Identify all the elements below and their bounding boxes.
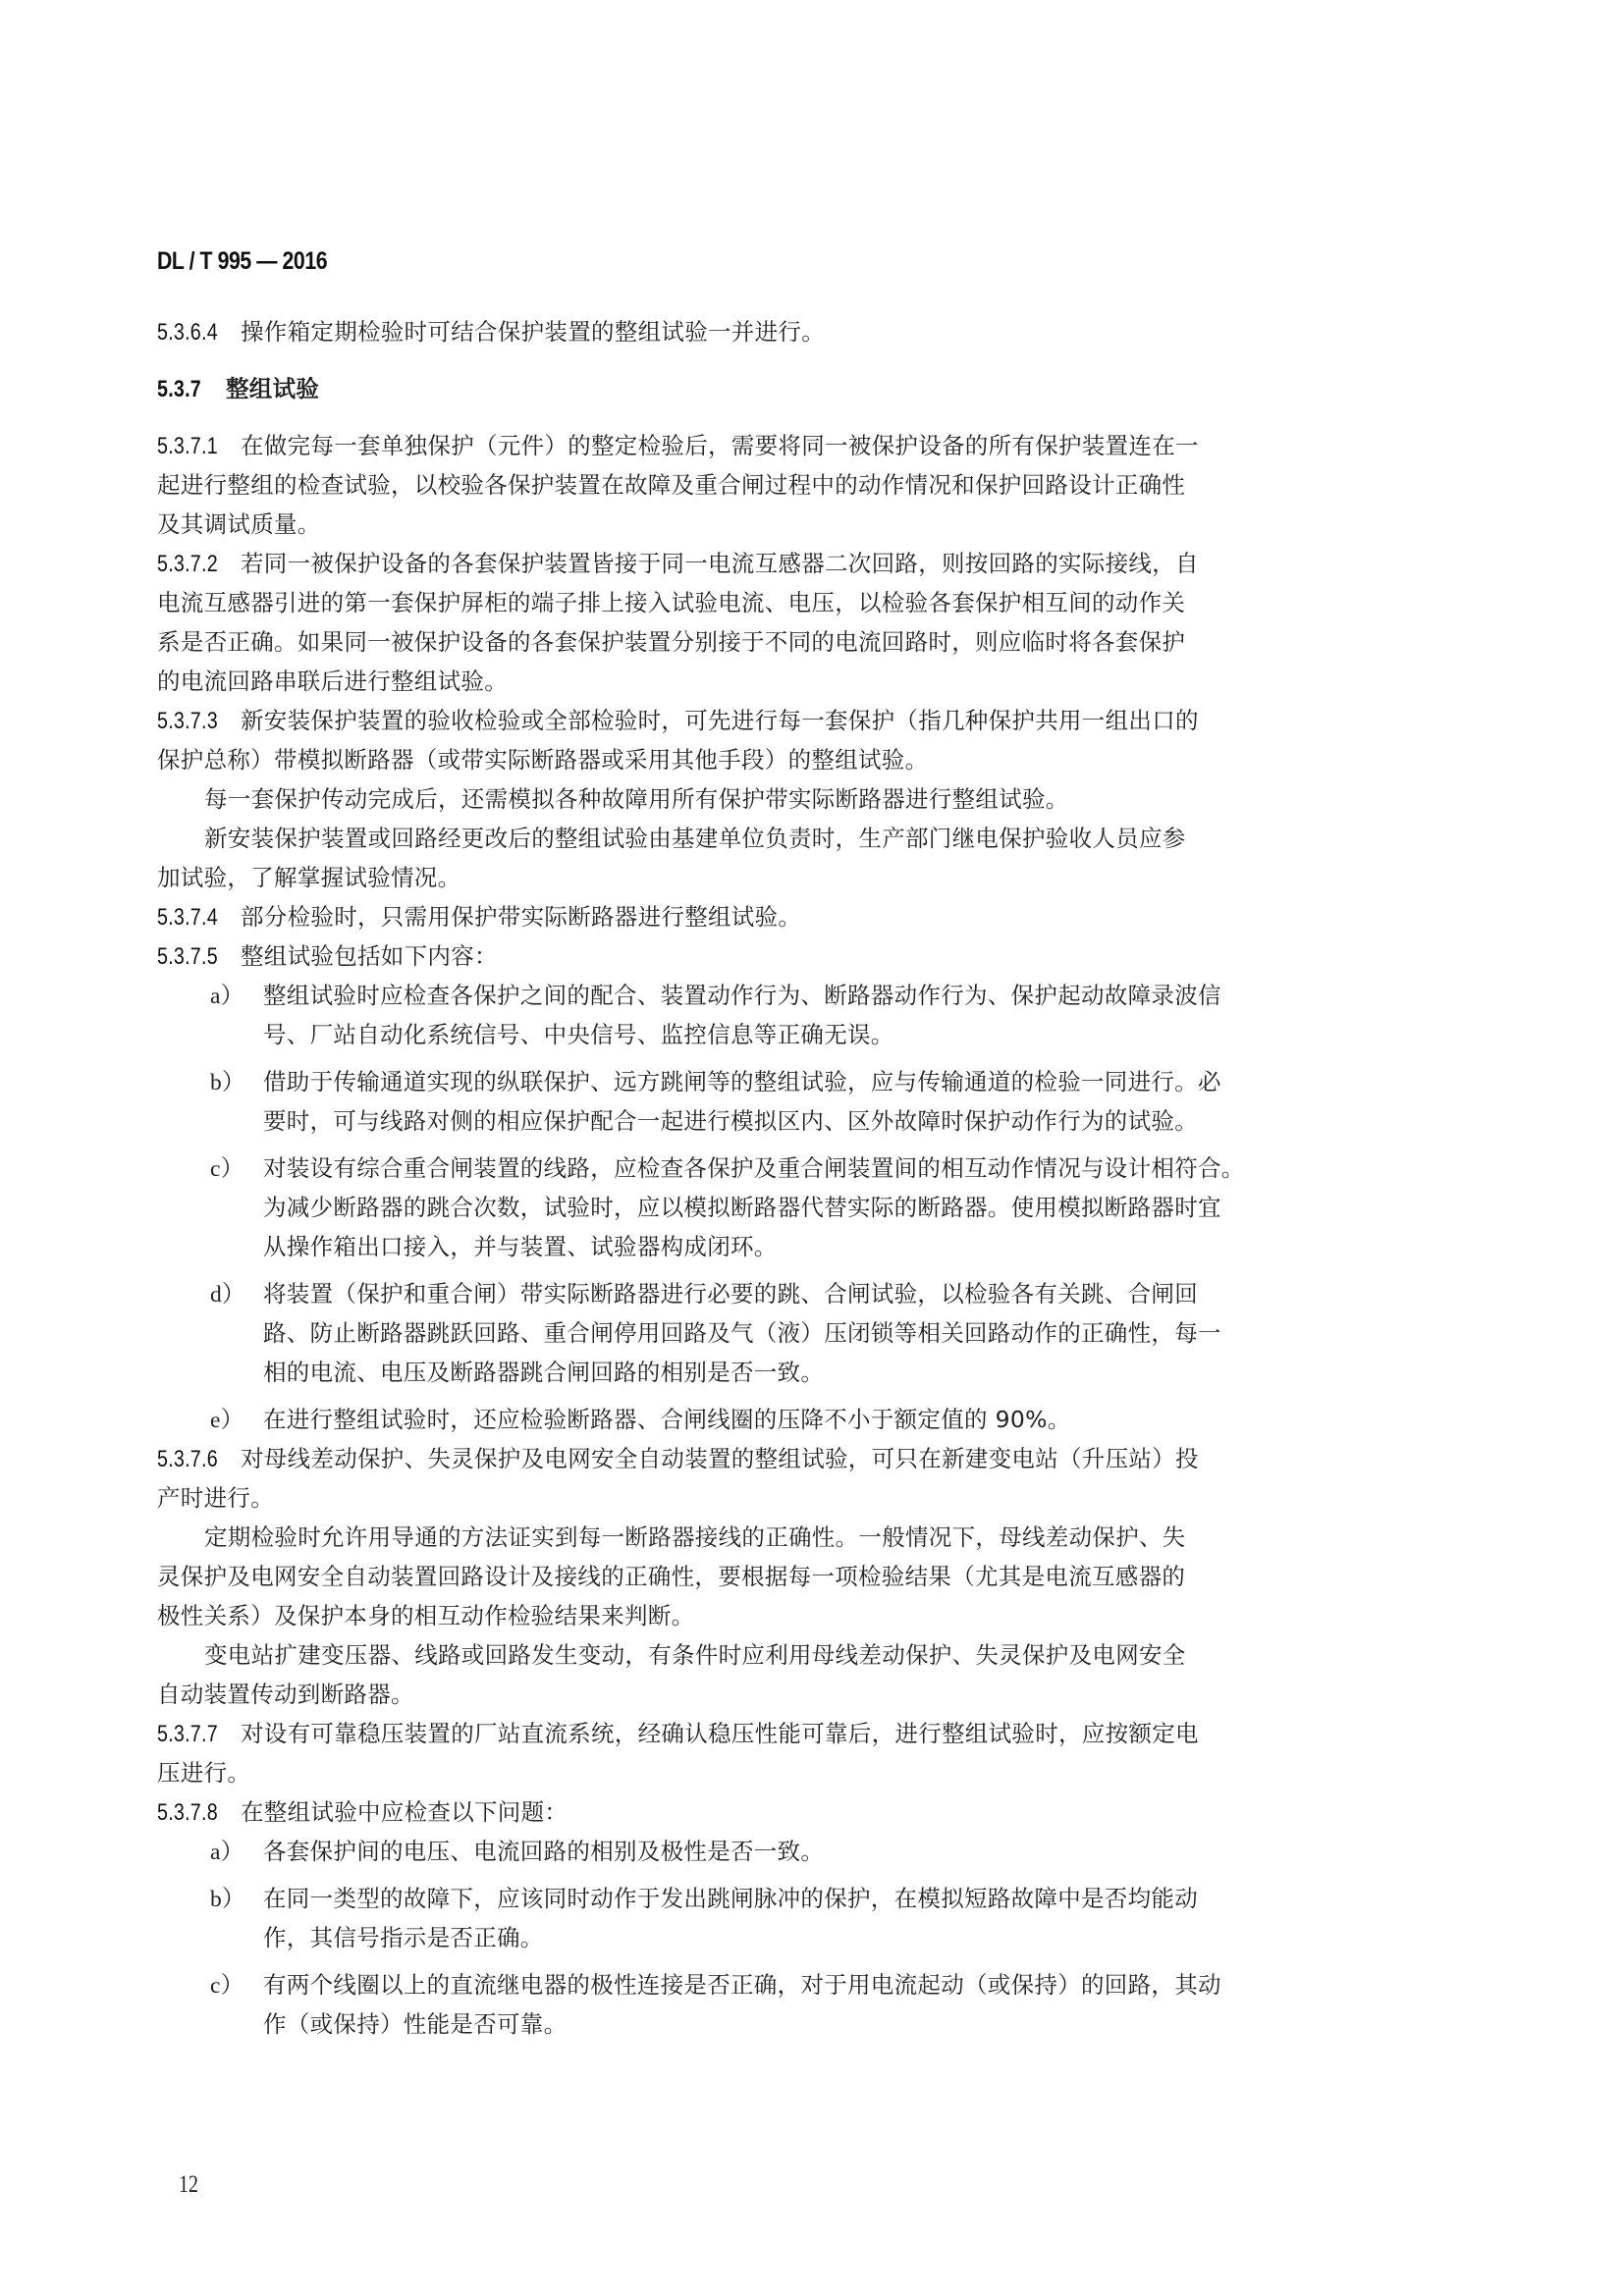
clause-5-3-7-7: 5.3.7.7对设有可靠稳压装置的厂站直流系统，经确认稳压性能可靠后，进行整组试… — [157, 1714, 1443, 1792]
item-line: 对装设有综合重合闸装置的线路，应检查各保护及重合闸装置间的相互动作情况与设计相符… — [263, 1154, 1245, 1182]
section-number: 5.3.7 — [157, 370, 213, 409]
item-line: 作，其信号指示是否正确。 — [157, 1918, 1443, 1957]
clause-line: 及其调试质量。 — [157, 505, 1443, 544]
clause-line: 若同一被保护设备的各套保护装置皆接于同一电流互感器二次回路，则按回路的实际接线，… — [241, 550, 1199, 577]
clause-5-3-7-2: 5.3.7.2若同一被保护设备的各套保护装置皆接于同一电流互感器二次回路，则按回… — [157, 544, 1443, 701]
item-line: 有两个线圈以上的直流继电器的极性连接是否正确，对于用电流起动（或保持）的回路，其… — [263, 1971, 1221, 1999]
clause-number: 5.3.7.5 — [157, 937, 226, 977]
clause-5-3-7-5: 5.3.7.5整组试验包括如下内容： a）整组试验时应检查各保护之间的配合、装置… — [157, 936, 1443, 1439]
standard-code-header: DL / T 995 — 2016 — [157, 247, 327, 276]
clause-line: 产时进行。 — [157, 1478, 1443, 1518]
item-label: d） — [210, 1275, 263, 1314]
document-body: 5.3.6.4操作箱定期检验时可结合保护装置的整组试验一并进行。 5.3.7整组… — [157, 312, 1443, 2044]
item-label: b） — [210, 1880, 263, 1919]
clause-number: 5.3.7.1 — [157, 427, 226, 466]
clause-number: 5.3.7.2 — [157, 545, 226, 584]
clause-number: 5.3.7.3 — [157, 702, 226, 741]
list-item-b: b）在同一类型的故障下，应该同时动作于发出跳闸脉冲的保护，在模拟短路故障中是否均… — [157, 1879, 1443, 1957]
item-line: 在进行整组试验时，还应检验断路器、合闸线圈的压降不小于额定值的 90%。 — [263, 1406, 1071, 1433]
clause-number: 5.3.7.4 — [157, 898, 226, 937]
clause-5-3-6-4: 5.3.6.4操作箱定期检验时可结合保护装置的整组试验一并进行。 — [157, 312, 1443, 351]
item-line: 要时，可与线路对侧的相应保护配合一起进行模拟区内、区外故障时保护动作行为的试验。 — [157, 1101, 1443, 1141]
clause-line: 在做完每一套单独保护（元件）的整定检验后，需要将同一被保护设备的所有保护装置连在… — [241, 432, 1199, 459]
clause-line: 压进行。 — [157, 1753, 1443, 1792]
list-item-b: b）借助于传输通道实现的纵联保护、远方跳闸等的整组试验，应与传输通道的检验一同进… — [157, 1062, 1443, 1141]
clause-5-3-7-3: 5.3.7.3新安装保护装置的验收检验或全部检验时，可先进行每一套保护（指几种保… — [157, 701, 1443, 897]
clause-line: 保护总称）带模拟断路器（或带实际断路器或采用其他手段）的整组试验。 — [157, 740, 1443, 779]
paragraph-line: 灵保护及电网安全自动装置回路设计及接线的正确性，要根据每一项检验结果（尤其是电流… — [157, 1557, 1443, 1596]
item-line: 相的电流、电压及断路器跳合闸回路的相别是否一致。 — [157, 1353, 1443, 1392]
section-title: 整组试验 — [226, 375, 319, 402]
item-label: b） — [210, 1063, 263, 1102]
clause-line: 系是否正确。如果同一被保护设备的各套保护装置分别接于不同的电流回路时，则应临时将… — [157, 622, 1443, 662]
paragraph-line: 新安装保护装置或回路经更改后的整组试验由基建单位负责时，生产部门继电保护验收人员… — [157, 819, 1443, 858]
item-label: c） — [210, 1149, 263, 1189]
clause-5-3-7-4: 5.3.7.4部分检验时，只需用保护带实际断路器进行整组试验。 — [157, 897, 1443, 936]
clause-line: 对设有可靠稳压装置的厂站直流系统，经确认稳压性能可靠后，进行整组试验时，应按额定… — [241, 1720, 1199, 1747]
item-label: a） — [210, 977, 263, 1016]
clause-5-3-7-1: 5.3.7.1在做完每一套单独保护（元件）的整定检验后，需要将同一被保护设备的所… — [157, 426, 1443, 544]
section-heading-5-3-7: 5.3.7整组试验 — [157, 369, 1443, 408]
clause-text: 部分检验时，只需用保护带实际断路器进行整组试验。 — [241, 903, 801, 931]
item-line: 整组试验时应检查各保护之间的配合、装置动作行为、断路器动作行为、保护起动故障录波… — [263, 982, 1221, 1009]
item-line: 从操作箱出口接入，并与装置、试验器构成闭环。 — [157, 1227, 1443, 1266]
paragraph-line: 定期检验时允许用导通的方法证实到每一断路器接线的正确性。一般情况下，母线差动保护… — [157, 1518, 1443, 1557]
list-item-d: d）将装置（保护和重合闸）带实际断路器进行必要的跳、合闸试验，以检验各有关跳、合… — [157, 1274, 1443, 1392]
item-line: 借助于传输通道实现的纵联保护、远方跳闸等的整组试验，应与传输通道的检验一同进行。… — [263, 1068, 1221, 1095]
item-line: 路、防止断路器跳跃回路、重合闸停用回路及气（液）压闭锁等相关回路动作的正确性，每… — [157, 1313, 1443, 1353]
clause-number: 5.3.7.7 — [157, 1715, 226, 1754]
clause-line: 的电流回路串联后进行整组试验。 — [157, 662, 1443, 701]
clause-5-3-7-8: 5.3.7.8在整组试验中应检查以下问题： a）各套保护间的电压、电流回路的相别… — [157, 1792, 1443, 2044]
item-line: 作（或保持）性能是否可靠。 — [157, 2004, 1443, 2044]
page-number: 12 — [179, 2171, 198, 2199]
item-line: 号、厂站自动化系统信号、中央信号、监控信息等正确无误。 — [157, 1015, 1443, 1054]
item-label: e） — [210, 1401, 263, 1440]
item-line: 为减少断路器的跳合次数，试验时，应以模拟断路器代替实际的断路器。使用模拟断路器时… — [157, 1188, 1443, 1227]
paragraph-line: 加试验，了解掌握试验情况。 — [157, 858, 1443, 897]
item-label: a） — [210, 1833, 263, 1872]
list-item-c: c）对装设有综合重合闸装置的线路，应检查各保护及重合闸装置间的相互动作情况与设计… — [157, 1148, 1443, 1266]
clause-number: 5.3.6.4 — [157, 313, 226, 352]
paragraph: 每一套保护传动完成后，还需模拟各种故障用所有保护带实际断路器进行整组试验。 — [157, 779, 1443, 819]
item-line: 各套保护间的电压、电流回路的相别及极性是否一致。 — [263, 1838, 824, 1865]
item-line: 将装置（保护和重合闸）带实际断路器进行必要的跳、合闸试验，以检验各有关跳、合闸回 — [263, 1280, 1198, 1308]
clause-text: 在整组试验中应检查以下问题： — [241, 1798, 568, 1826]
clause-5-3-7-6: 5.3.7.6对母线差动保护、失灵保护及电网安全自动装置的整组试验，可只在新建变… — [157, 1439, 1443, 1714]
clause-line: 起进行整组的检查试验，以校验各保护装置在故障及重合闸过程中的动作情况和保护回路设… — [157, 465, 1443, 505]
list-item-a: a）整组试验时应检查各保护之间的配合、装置动作行为、断路器动作行为、保护起动故障… — [157, 976, 1443, 1054]
paragraph-line: 变电站扩建变压器、线路或回路发生变动，有条件时应利用母线差动保护、失灵保护及电网… — [157, 1635, 1443, 1675]
list-item-e: e）在进行整组试验时，还应检验断路器、合闸线圈的压降不小于额定值的 90%。 — [157, 1400, 1443, 1439]
clause-line: 电流互感器引进的第一套保护屏柜的端子排上接入试验电流、电压，以检验各套保护相互间… — [157, 583, 1443, 622]
clause-number: 5.3.7.8 — [157, 1793, 226, 1833]
paragraph-line: 极性关系）及保护本身的相互动作检验结果来判断。 — [157, 1596, 1443, 1635]
item-line: 在同一类型的故障下，应该同时动作于发出跳闸脉冲的保护，在模拟短路故障中是否均能动 — [263, 1885, 1198, 1912]
list-item-a: a）各套保护间的电压、电流回路的相别及极性是否一致。 — [157, 1832, 1443, 1871]
list-item-c: c）有两个线圈以上的直流继电器的极性连接是否正确，对于用电流起动（或保持）的回路… — [157, 1965, 1443, 2044]
clause-line: 新安装保护装置的验收检验或全部检验时，可先进行每一套保护（指几种保护共用一组出口… — [241, 707, 1199, 734]
item-label: c） — [210, 1966, 263, 2005]
clause-number: 5.3.7.6 — [157, 1440, 226, 1479]
clause-line: 对母线差动保护、失灵保护及电网安全自动装置的整组试验，可只在新建变电站（升压站）… — [241, 1445, 1199, 1472]
paragraph-line: 自动装置传动到断路器。 — [157, 1675, 1443, 1714]
clause-text: 整组试验包括如下内容： — [241, 942, 498, 970]
clause-text: 操作箱定期检验时可结合保护装置的整组试验一并进行。 — [241, 318, 825, 346]
